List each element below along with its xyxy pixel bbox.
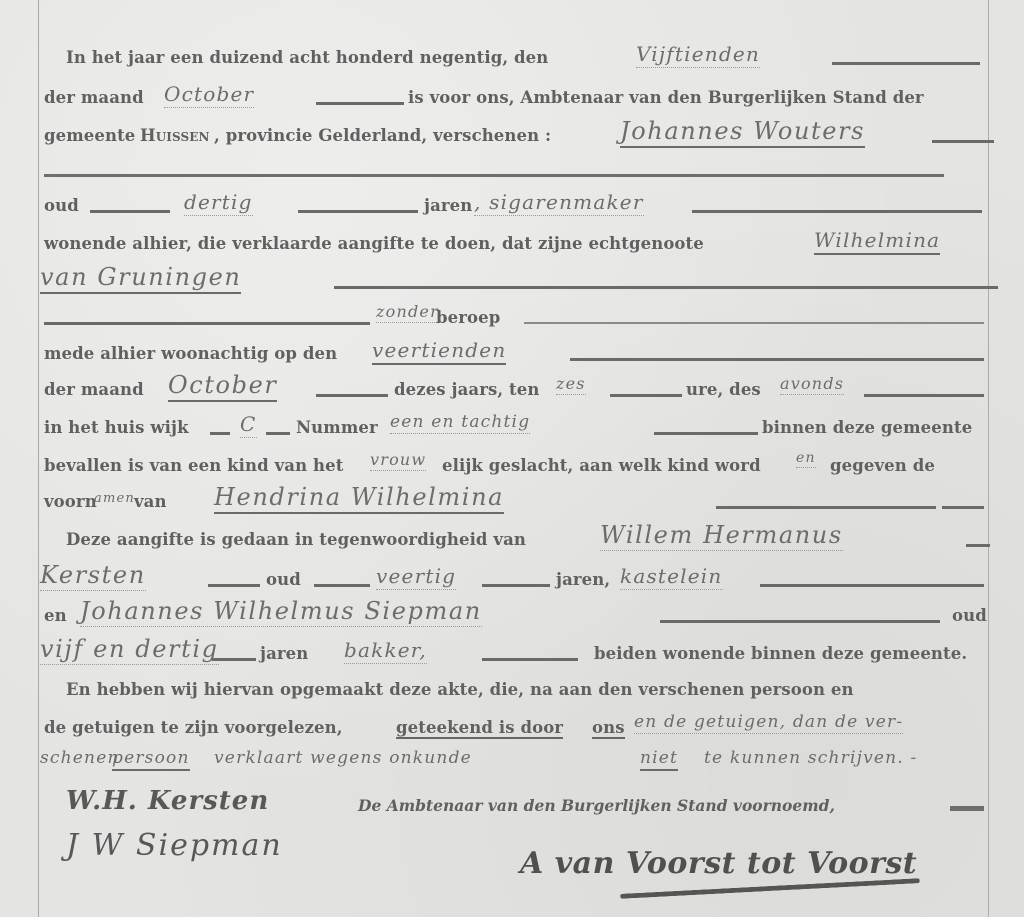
handwritten-witness2-occupation: bakker, xyxy=(344,638,427,664)
printed-text-underlined: geteekend is door xyxy=(396,718,563,739)
fill-rule xyxy=(832,62,980,65)
line-12: bevallen is van een kind van het vrouw e… xyxy=(44,456,988,486)
officer-signature: A van Voorst tot Voorst xyxy=(520,846,917,881)
printed-text: jaren xyxy=(424,196,472,215)
printed-text: van xyxy=(134,492,167,511)
printed-text: jaren xyxy=(260,644,308,663)
handwritten-witness1-surname: Kersten xyxy=(40,561,146,591)
handwritten-age: dertig xyxy=(184,190,253,216)
handwritten-addition: niet xyxy=(640,748,678,771)
fill-rule xyxy=(660,620,940,623)
line-3: gemeente Huissen , provincie Gelderland,… xyxy=(44,126,988,156)
printed-text: gemeente xyxy=(44,126,135,145)
fill-rule xyxy=(482,658,578,661)
handwritten-addition: verklaart wegens onkunde xyxy=(214,748,472,769)
line-11: in het huis wijk C Nummer een en tachtig… xyxy=(44,418,988,448)
line-16: en Johannes Wilhelmus Siepman oud xyxy=(44,606,988,636)
signature-flourish xyxy=(620,878,920,899)
fill-rule xyxy=(524,322,984,324)
line-20: schenen persoon verklaart wegens onkunde… xyxy=(44,754,988,784)
printed-text: oud xyxy=(44,196,79,215)
printed-text: in het huis wijk xyxy=(44,418,189,437)
fill-rule xyxy=(208,584,260,587)
line-18: En hebben wij hiervan opgemaakt deze akt… xyxy=(44,680,988,710)
printed-text: der maand xyxy=(44,88,144,107)
line-14: Deze aangifte is gedaan in tegenwoordigh… xyxy=(44,530,988,560)
printed-text: Deze aangifte is gedaan in tegenwoordigh… xyxy=(66,530,526,549)
birth-certificate-page: In het jaar een duizend acht honderd neg… xyxy=(0,0,1024,917)
fill-rule xyxy=(334,286,998,289)
fill-rule xyxy=(654,432,758,435)
line-6: wonende alhier, die verklaarde aangifte … xyxy=(44,234,988,264)
fill-rule xyxy=(90,210,170,213)
printed-text: En hebben wij hiervan opgemaakt deze akt… xyxy=(66,680,854,699)
handwritten-day: Vijftienden xyxy=(636,42,760,68)
line-15: Kersten oud veertig jaren, kastelein xyxy=(44,570,988,600)
printed-text: der maand xyxy=(44,380,144,399)
fill-rule xyxy=(316,102,404,105)
handwritten-profession: zonder xyxy=(376,302,439,323)
printed-text: Nummer xyxy=(296,418,378,437)
fill-rule xyxy=(314,584,370,587)
fill-rule xyxy=(298,210,418,213)
handwritten-birth-day: veertienden xyxy=(372,338,506,365)
fill-rule xyxy=(212,658,256,661)
handwritten-child-name: Hendrina Wilhelmina xyxy=(214,483,504,514)
municipality-name: Huissen xyxy=(140,126,210,145)
fill-rule xyxy=(692,210,982,213)
handwritten-witness1-age: veertig xyxy=(376,564,456,590)
printed-text: oud xyxy=(952,606,987,625)
fill-rule xyxy=(716,506,936,509)
printed-text: binnen deze gemeente xyxy=(762,418,972,437)
right-margin-rule xyxy=(988,0,989,917)
printed-text: dezes jaars, ten xyxy=(394,380,539,399)
handwritten-ward: C xyxy=(240,412,257,438)
printed-text: elijk geslacht, aan welk kind word xyxy=(442,456,761,475)
fill-rule xyxy=(266,432,290,435)
line-9: mede alhier woonachtig op den veertiende… xyxy=(44,344,988,374)
printed-text: de getuigen te zijn voorgelezen, xyxy=(44,718,343,737)
handwritten-house-number: een en tachtig xyxy=(390,412,530,434)
printed-text: , provincie Gelderland, verschenen : xyxy=(214,126,551,145)
handwritten-witness2-name: Johannes Wilhelmus Siepman xyxy=(80,597,482,627)
printed-text: beiden wonende binnen deze gemeente. xyxy=(594,644,967,663)
fill-rule xyxy=(966,544,990,547)
fill-rule xyxy=(610,394,682,397)
fill-rule xyxy=(210,432,230,435)
handwritten-correction: amen xyxy=(94,491,135,507)
handwritten-wife-firstname: Wilhelmina xyxy=(814,228,940,255)
handwritten-month: October xyxy=(164,82,254,108)
line-10: der maand October dezes jaars, ten zes u… xyxy=(44,380,988,410)
officer-label: De Ambtenaar van den Burgerlijken Stand … xyxy=(358,796,835,815)
printed-text: bevallen is van een kind van het xyxy=(44,456,343,475)
fill-rule xyxy=(316,394,388,397)
printed-text-underlined: ons xyxy=(592,718,625,739)
handwritten-birth-month: October xyxy=(168,371,277,402)
left-margin-rule xyxy=(38,0,39,917)
blank-rule xyxy=(44,174,944,177)
fill-rule xyxy=(482,584,550,587)
witness2-signature: J W Siepman xyxy=(66,828,283,863)
handwritten-witness2-age: vijf en dertig xyxy=(40,635,219,665)
printed-text: voorn xyxy=(44,492,97,511)
fill-rule xyxy=(942,506,984,509)
line-7: van Gruningen xyxy=(44,272,988,302)
line-2: der maand October is voor ons, Ambtenaar… xyxy=(44,88,988,118)
closing-rule xyxy=(950,806,984,811)
handwritten-time-of-day: avonds xyxy=(780,374,844,395)
handwritten-addition: schenen xyxy=(40,748,120,769)
printed-text: ure, des xyxy=(686,380,761,399)
handwritten-suffix: en xyxy=(796,450,816,468)
handwritten-addition: te kunnen schrijven. - xyxy=(704,748,917,769)
printed-text: In het jaar een duizend acht honderd neg… xyxy=(66,48,548,67)
printed-text: oud xyxy=(266,570,301,589)
handwritten-declarant-name: Johannes Wouters xyxy=(620,117,865,148)
printed-text: beroep xyxy=(436,308,500,327)
handwritten-witness1-firstnames: Willem Hermanus xyxy=(600,521,843,551)
handwritten-sex: vrouw xyxy=(370,450,426,471)
line-5: oud dertig jaren , sigarenmaker xyxy=(44,196,988,226)
printed-text: mede alhier woonachtig op den xyxy=(44,344,337,363)
printed-text: jaren, xyxy=(556,570,610,589)
line-8: zonder beroep xyxy=(44,308,988,338)
line-13: voorn amen van Hendrina Wilhelmina xyxy=(44,492,988,522)
printed-text: is voor ons, Ambtenaar van den Burgerlij… xyxy=(408,88,924,107)
fill-rule xyxy=(570,358,984,361)
printed-text: en xyxy=(44,606,67,625)
handwritten-hour: zes xyxy=(556,374,586,395)
fill-rule xyxy=(864,394,984,397)
printed-text: gegeven de xyxy=(830,456,935,475)
fill-rule xyxy=(760,584,984,587)
line-19: de getuigen te zijn voorgelezen, geteeke… xyxy=(44,718,988,748)
printed-text: wonende alhier, die verklaarde aangifte … xyxy=(44,234,704,253)
handwritten-witness1-occupation: kastelein xyxy=(620,564,723,590)
line-1: In het jaar een duizend acht honderd neg… xyxy=(44,48,988,78)
line-17: vijf en dertig jaren bakker, beiden wone… xyxy=(44,644,988,674)
witness1-signature: W.H. Kersten xyxy=(66,786,269,816)
handwritten-addition: en de getuigen, dan de ver- xyxy=(634,712,903,734)
fill-rule xyxy=(44,322,370,325)
handwritten-occupation: , sigarenmaker xyxy=(474,190,644,216)
handwritten-addition: persoon xyxy=(112,748,190,771)
fill-rule xyxy=(932,140,994,143)
handwritten-wife-surname: van Gruningen xyxy=(40,263,241,294)
